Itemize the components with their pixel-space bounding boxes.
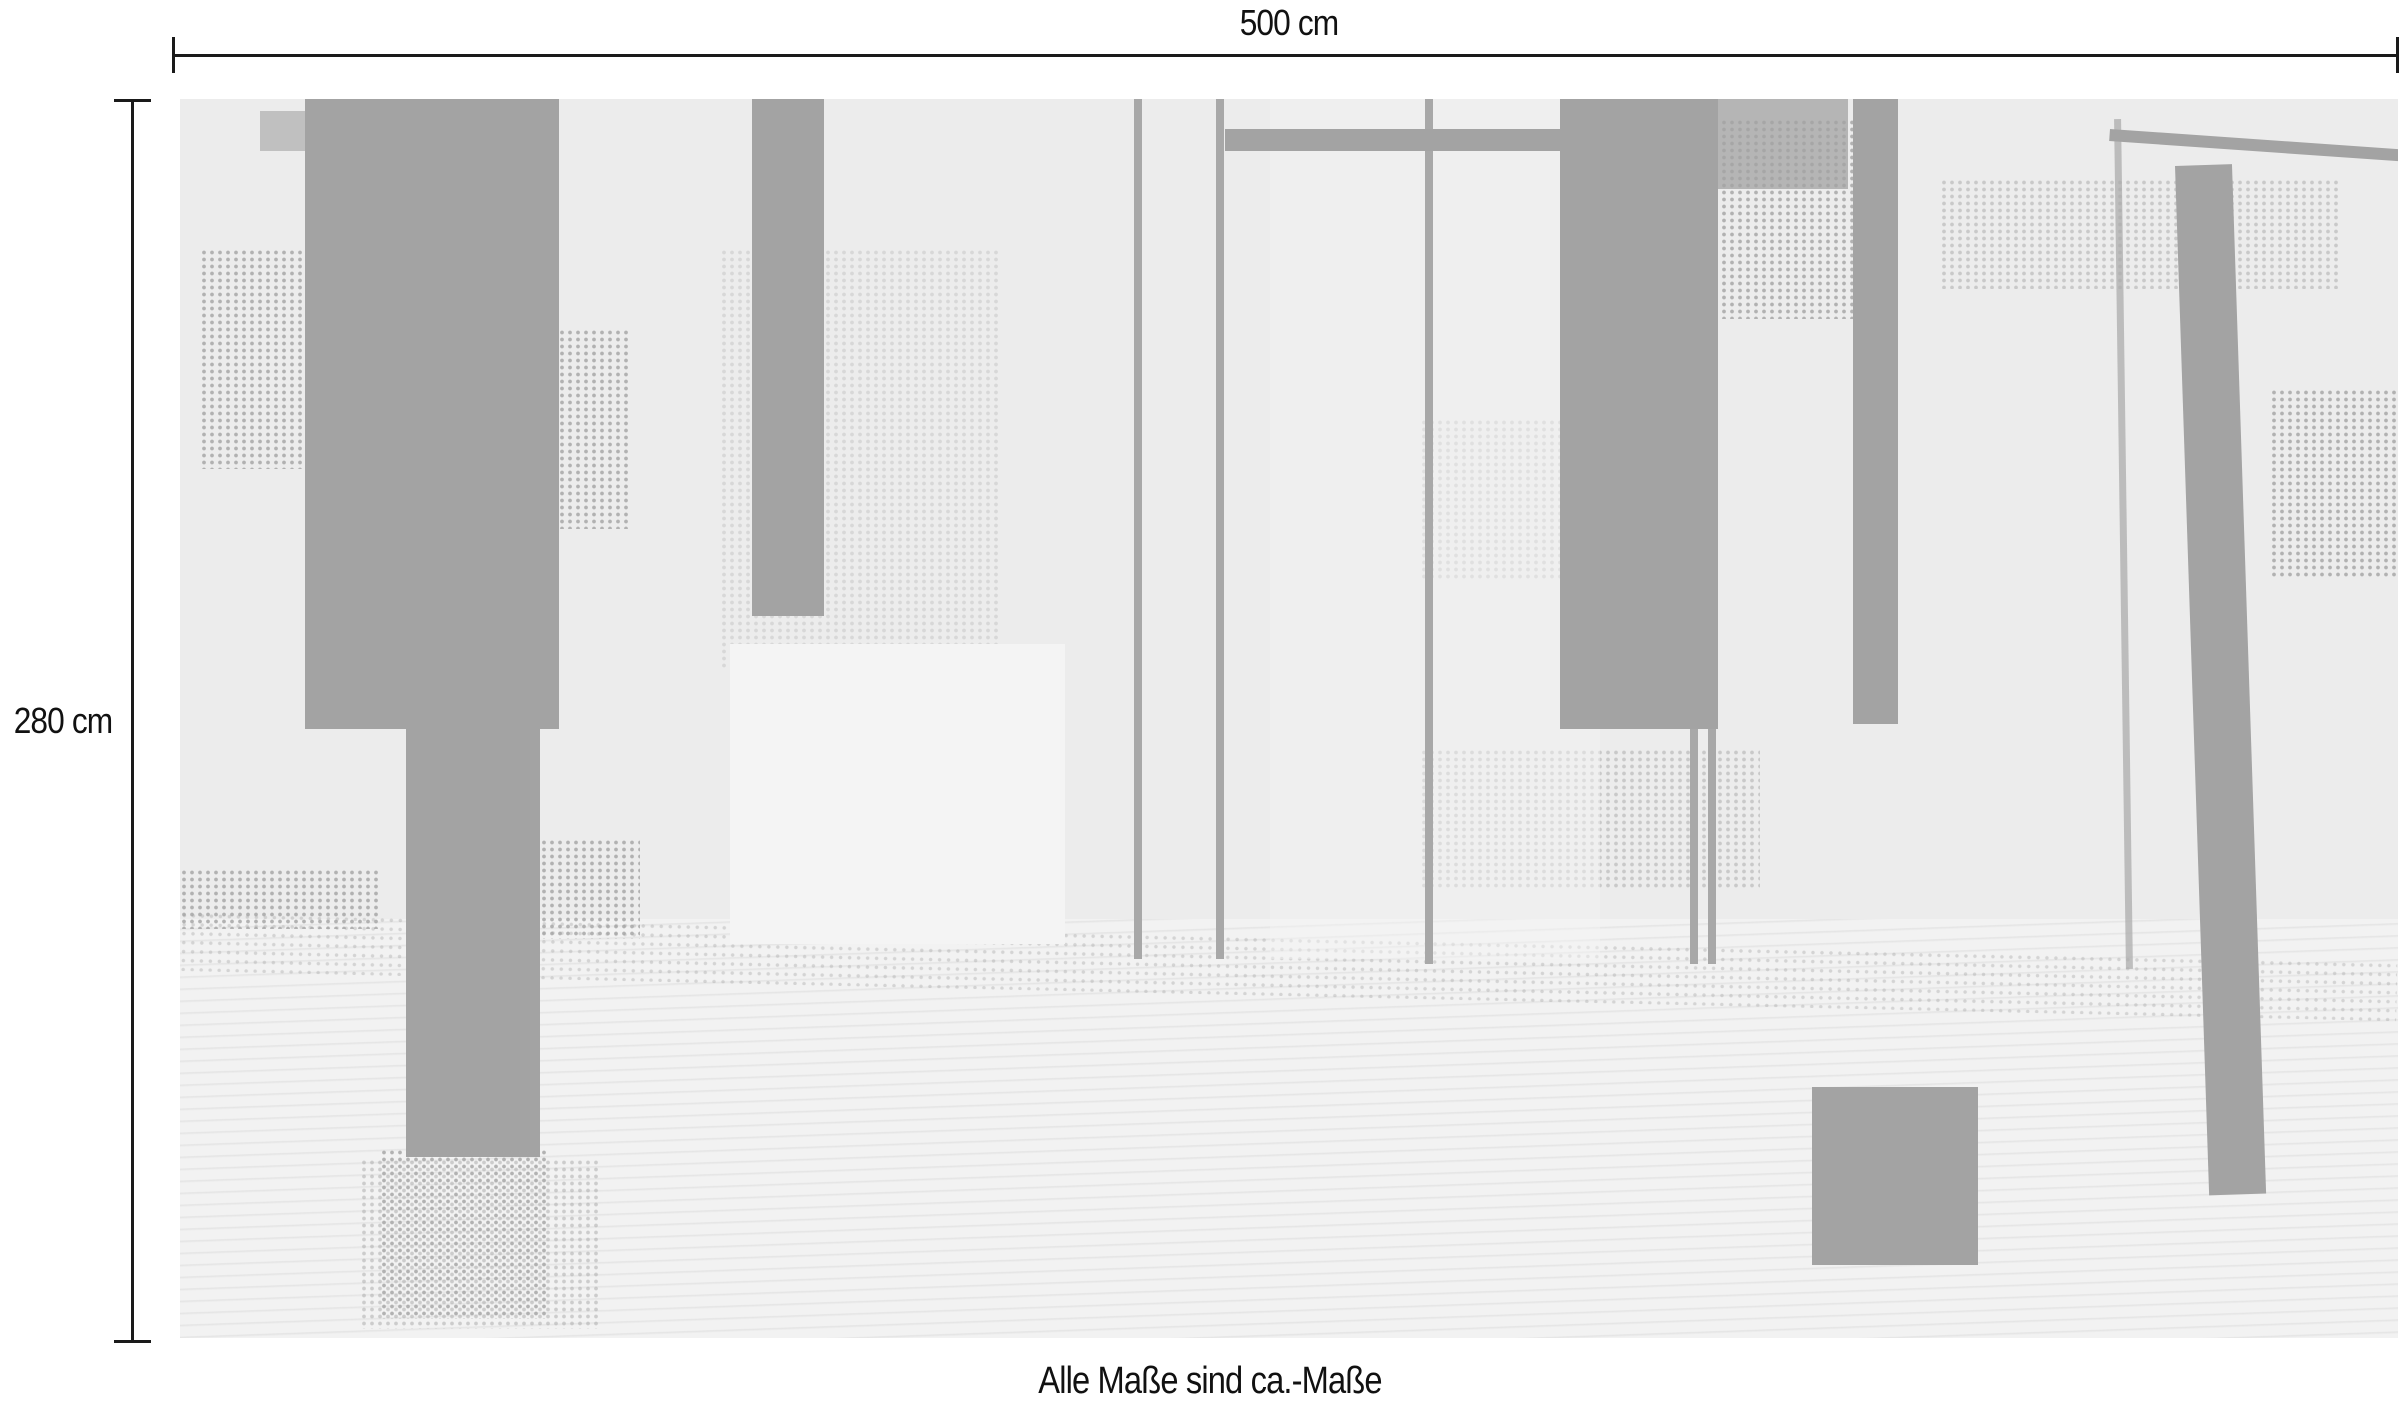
paint-block xyxy=(1560,99,1718,729)
paint-streak xyxy=(2109,129,2398,161)
thin-line xyxy=(1425,99,1433,964)
paint-block xyxy=(305,99,559,729)
speckle-zone xyxy=(180,869,380,929)
width-label: 500 cm xyxy=(1201,2,1377,44)
thin-line xyxy=(1134,99,1142,959)
paint-smudge xyxy=(380,1149,550,1319)
height-dimension-line xyxy=(131,100,134,1342)
paint-block xyxy=(406,699,540,1157)
width-dimension-tick-left xyxy=(172,37,175,73)
light-panel xyxy=(1270,99,1600,959)
paint-splatter xyxy=(1718,99,1848,189)
height-dimension-tick-bottom xyxy=(114,1340,151,1343)
mural-artwork xyxy=(180,99,2398,1338)
height-dimension-tick-top xyxy=(114,99,151,102)
thin-line xyxy=(1216,99,1224,959)
width-dimension-tick-right xyxy=(2396,37,2399,73)
paint-bar xyxy=(752,99,824,616)
speckle-zone xyxy=(540,839,640,939)
caption: Alle Maße sind ca.-Maße xyxy=(943,1360,1476,1403)
speckle-zone xyxy=(550,329,630,529)
paint-horizontal-bar xyxy=(1225,129,1565,151)
speckle-zone xyxy=(2270,389,2398,579)
light-panel xyxy=(730,644,1065,944)
width-dimension-line xyxy=(173,54,2398,57)
speckle-zone xyxy=(200,249,310,469)
speckle-zone xyxy=(1940,179,2340,289)
height-label: 280 cm xyxy=(8,700,119,742)
paint-block xyxy=(260,111,320,151)
paint-bar xyxy=(1853,99,1898,724)
paint-square xyxy=(1812,1087,1978,1265)
